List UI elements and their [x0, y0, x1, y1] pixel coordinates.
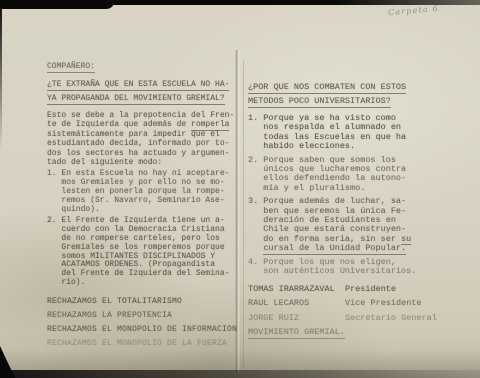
numbered-item-2: 2. Porque saben que somos los únicos que… — [248, 156, 444, 194]
left-column: COMPAÑERO: ¿TE EXTRAÑA QUE EN ESTA ESCUE… — [47, 62, 241, 351]
numbered-item-1: 1. Porque ya se ha visto como nos respal… — [248, 114, 444, 152]
signatory-role: Secretario General — [345, 313, 437, 323]
photo-edge-left — [0, 0, 2, 150]
right-column: ¿POR QUE NOS COMBATEN CON ESTOS METODOS … — [248, 80, 444, 339]
signature-block: TOMAS IRARRAZAVALPresidente RAUL LECAROS… — [248, 282, 444, 340]
headline-line: YA PROPAGANDA DEL MOVIMIENTO GREMIAL? — [47, 92, 241, 106]
slogan-line: RECHAZAMOS LA PREPOTENCIA — [47, 309, 241, 323]
signatory-role: Vice Presidente — [345, 298, 422, 308]
signatory-name: TOMAS IRARRAZAVAL — [248, 282, 345, 297]
signatory-role: Presidente — [345, 284, 396, 294]
underlined-text: cursal de la Unidad Popular. — [263, 243, 406, 255]
text-line: te de Izquierda que además de romperla — [47, 120, 241, 129]
intro-paragraph: Esto se debe a la prepotencia del Fren- … — [47, 111, 241, 167]
text-line: tado del siguiente modo: — [47, 158, 241, 167]
photo-corner-bottom-left — [0, 346, 15, 378]
headline-text: YA PROPAGANDA DEL MOVIMIENTO GREMIAL? — [47, 94, 225, 105]
text-line: sistemáticamente para impedir que el — [47, 130, 241, 139]
movement-footer: MOVIMIENTO GREMIAL. — [248, 325, 444, 339]
text-line: dos los sectores ha actuado y argumen- — [47, 149, 241, 158]
slogan-line: RECHAZAMOS EL MONOPOLIO DE LA FUERZA — [47, 337, 241, 351]
salutation: COMPAÑERO: — [47, 62, 241, 72]
signature-row: TOMAS IRARRAZAVALPresidente — [248, 282, 444, 297]
text-line: quindo). — [47, 206, 241, 215]
slogan-line: RECHAZAMOS EL MONOPOLIO DE INFORMACION — [47, 323, 241, 337]
salutation-text: COMPAÑERO: — [47, 62, 95, 73]
text-line: son auténticos Universitarios. — [248, 267, 444, 276]
numbered-item-1: 1. En esta Escuela no hay ni aceptare- m… — [47, 170, 241, 214]
headline-line: ¿POR QUE NOS COMBATEN CON ESTOS — [248, 80, 444, 94]
text-segment — [248, 243, 263, 253]
headline-text: METODOS POCO UNIVERSITARIOS? — [248, 96, 391, 108]
signature-row: JORGE RUIZSecretario General — [248, 311, 444, 326]
headline-line: ¿TE EXTRAÑA QUE EN ESTA ESCUELA NO HA- — [47, 78, 241, 92]
headline-line: METODOS POCO UNIVERSITARIOS? — [248, 94, 444, 108]
numbered-item-3: 3. Porque además de luchar, sa- ben que … — [248, 197, 444, 253]
left-headline: ¿TE EXTRAÑA QUE EN ESTA ESCUELA NO HA- Y… — [47, 78, 241, 106]
signatory-name: RAUL LECAROS — [248, 296, 345, 311]
headline-text: ¿TE EXTRAÑA QUE EN ESTA ESCUELA NO HA- — [47, 80, 229, 91]
slogan-line: RECHAZAMOS EL TOTALITARISMO — [47, 295, 241, 309]
signature-row: RAUL LECAROSVice Presidente — [248, 296, 444, 311]
headline-text: ¿POR QUE NOS COMBATEN CON ESTOS — [248, 82, 406, 94]
fold-crease-secondary — [243, 60, 244, 368]
text-line: rio). — [47, 279, 241, 288]
signatory-name: JORGE RUIZ — [248, 311, 345, 326]
text-line: Esto se debe a la prepotencia del Fren- — [47, 111, 241, 120]
slogan-list: RECHAZAMOS EL TOTALITARISMO RECHAZAMOS L… — [47, 295, 241, 351]
numbered-item-4: 4. Porque los que nos eligen, son autént… — [248, 258, 444, 277]
photo-edge-top-left — [0, 0, 115, 9]
text-line: estudiantado decida, informado por to- — [47, 139, 241, 148]
photo-edge-bottom — [0, 370, 480, 378]
text-line: mía y el pluralismo. — [248, 184, 444, 193]
numbered-item-2: 2. El Frente de Izquierda tiene un a- cu… — [47, 217, 241, 287]
right-headline: ¿POR QUE NOS COMBATEN CON ESTOS METODOS … — [248, 80, 444, 108]
text-line: habido elecciones. — [248, 142, 444, 151]
text-line: cursal de la Unidad Popular. — [248, 244, 444, 253]
scanned-flyer-photo: { "photo": { "annotation": "Carpeta 6" }… — [0, 0, 480, 378]
footer-text: MOVIMIENTO GREMIAL. — [248, 327, 345, 339]
text-segment: te de Izquierda que además de — [47, 120, 191, 129]
